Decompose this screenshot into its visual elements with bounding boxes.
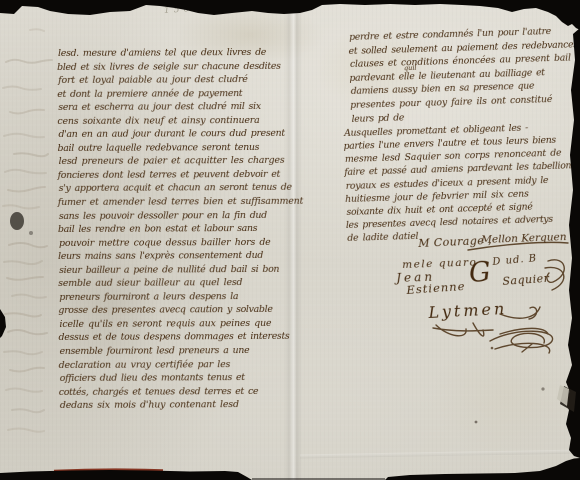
torn-edges-overlay	[0, 0, 580, 480]
manuscript-scan: 156 lesd. mesure d'amiens tel que deux l…	[0, 0, 580, 480]
